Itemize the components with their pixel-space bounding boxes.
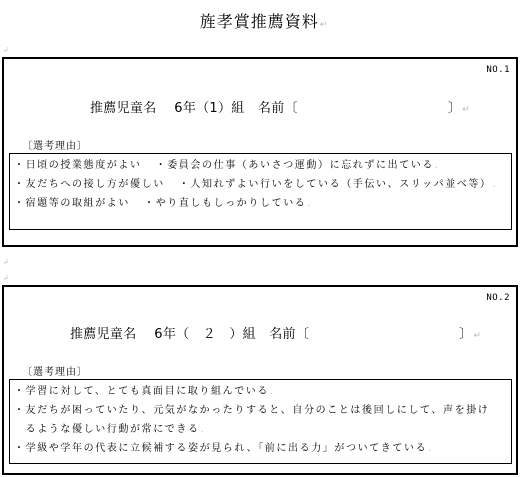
grade-class: 6年（1）組 (174, 101, 244, 116)
document-title: 旌孝賞推薦資料↵ (0, 9, 528, 32)
reason-row: ・友だちへの接し方が優しい・人知れずよい行いをしている（手伝い、スリッパ並べ等）… (14, 175, 511, 194)
paragraph-mark-icon: ↲ (3, 46, 9, 54)
return-mark-icon: ↵ (320, 20, 329, 30)
name-label: 名前〔 (258, 101, 298, 116)
reason-label: 〔選考理由〕 (22, 137, 88, 152)
reasons-box: ・日頃の授業態度がよい・委員会の仕事（あいさつ運動）に忘れずに出ている. ・友だ… (9, 153, 512, 230)
nomination-box-1: NO.1 推薦児童名 6年（1）組 名前〔〕↵ 〔選考理由〕 ・日頃の授業態度が… (2, 57, 518, 247)
name-close: 〕 (459, 327, 472, 342)
grade-class: 6年（ ２ ）組 (154, 327, 256, 342)
paragraph-mark-icon: ↲ (3, 258, 9, 266)
nomination-number: NO.1 (486, 65, 510, 75)
reason-label: 〔選考理由〕 (22, 363, 88, 378)
nominee-label: 推薦児童名 (90, 101, 157, 116)
nomination-number: NO.2 (486, 293, 510, 303)
reason-row: ・学級や学年の代表に立候補する姿が見られ、「前に出る力」がついてきている. (14, 439, 511, 458)
name-label: 名前〔 (269, 327, 309, 342)
name-close: 〕 (448, 101, 461, 116)
reason-row: るような優しい行動が常にできる. (14, 420, 511, 439)
paragraph-mark-icon: ↲ (3, 274, 9, 282)
reason-row: ・日頃の授業態度がよい・委員会の仕事（あいさつ運動）に忘れずに出ている. (14, 156, 511, 175)
return-mark-icon: ↵ (473, 331, 481, 341)
reason-row: ・宿題等の取組がよい・やり直しもしっかりしている. (14, 194, 511, 213)
nominee-line: 推薦児童名 6年（1）組 名前〔〕↵ (90, 97, 470, 116)
nomination-box-2: NO.2 推薦児童名 6年（ ２ ）組 名前〔〕↵ 〔選考理由〕 ・学習に対して… (2, 285, 518, 475)
reason-row: ・学習に対して、とても真面目に取り組んでいる. (14, 382, 511, 401)
reason-row: ・友だちが困っていたり、元気がなかったりすると、自分のことは後回しにして、声を掛… (14, 401, 511, 420)
return-mark-icon: ↵ (462, 105, 470, 115)
reasons-box: ・学習に対して、とても真面目に取り組んでいる. ・友だちが困っていたり、元気がな… (9, 379, 512, 464)
nominee-line: 推薦児童名 6年（ ２ ）組 名前〔〕↵ (70, 323, 481, 342)
nominee-label: 推薦児童名 (70, 327, 137, 342)
